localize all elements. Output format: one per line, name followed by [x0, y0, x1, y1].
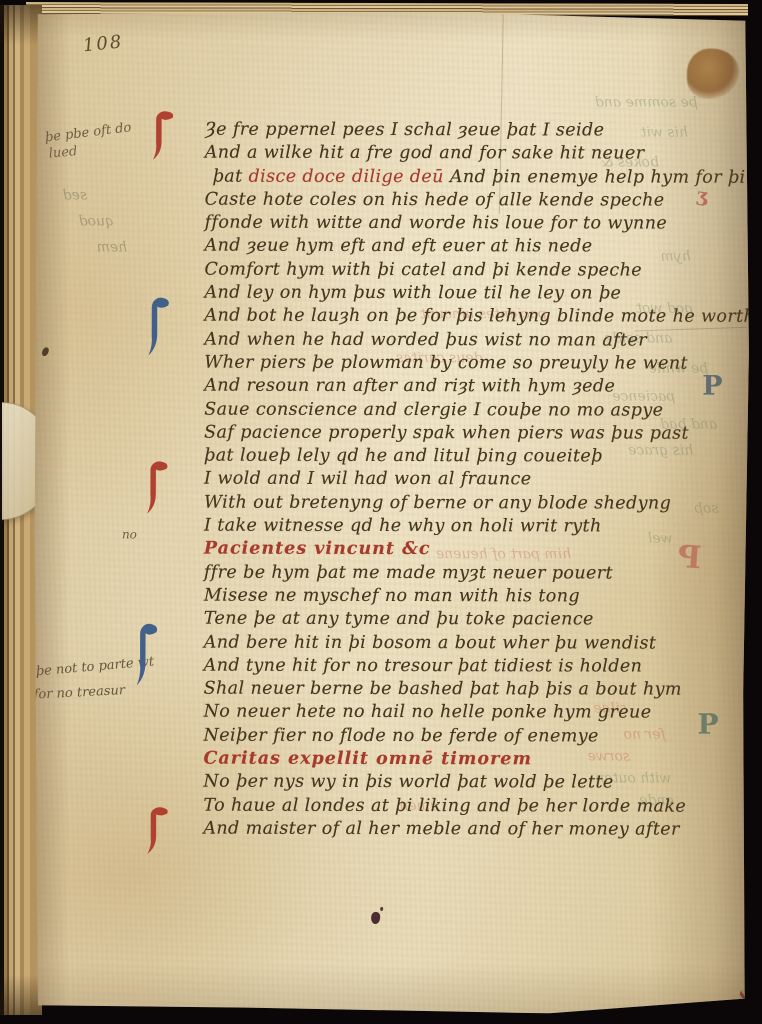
text-line: I wold and I wil had won al fraunce [204, 469, 762, 494]
text-line: Shal neuer berne be bashed þat haþ þis a… [204, 679, 762, 704]
text-line: Comfort hym with þi catel and þi kende s… [204, 259, 762, 284]
text-line: And maister of al her meble and of her m… [203, 819, 762, 844]
show-through-text: hem [97, 239, 128, 255]
show-through-text: þe somme and [595, 94, 698, 110]
show-through-text: quod [79, 213, 114, 229]
endband-stitching [738, 990, 757, 1014]
folio-number: 108 [82, 31, 124, 56]
paraph-mark: P [677, 542, 702, 575]
text-line: And bere hit in þi bosom a bout wher þu … [204, 632, 762, 657]
paraph-mark: P [698, 711, 719, 739]
inline-rubric-phrase: disce doce dilige deū [249, 166, 450, 186]
ink-speck [380, 907, 383, 911]
text-line: Neiþer fier no flode no be ferde of enem… [204, 725, 762, 750]
text-line: And ley on hym þus with loue til he ley … [204, 283, 762, 308]
text-line: Caste hote coles on his hede of alle ken… [205, 189, 762, 214]
text-line: And tyne hit for no tresour þat tidiest … [204, 655, 762, 680]
text-line: Saue conscience and clergie I couþe no m… [204, 399, 762, 424]
paraph-mark: P [702, 373, 722, 400]
marginal-note-top-line1: þe pbe oft do [44, 120, 132, 145]
text-block: Ȝe fre ppernel pees I schal ȝeue þat I s… [203, 120, 762, 843]
text-line: And ȝeue hym eft and eft euer at his ned… [205, 236, 762, 261]
ink-speck [371, 912, 380, 924]
marginal-note-no: no [122, 527, 137, 541]
text-line: Wher piers þe plowman by come so preuyly… [204, 353, 762, 378]
text-line: With out bretenyng of berne or any blode… [204, 492, 762, 517]
text-line: þat loueþ lely qd he and litul þing coue… [204, 446, 762, 471]
red-paraph-initial [146, 805, 170, 855]
text-line: And a wilke hit a fre god and for sake h… [205, 143, 762, 168]
text-line: No neuer hete no hail no helle ponke hym… [204, 702, 762, 727]
manuscript-photo: 108 þe pbe oft do lued no þe not to part… [0, 0, 762, 1024]
text-line: To haue al londes at þi liking and þe he… [203, 795, 762, 820]
text-line: No þer nys wy in þis world þat wold þe l… [203, 772, 762, 797]
red-paraph-initial [146, 459, 170, 515]
text-line: ffonde with witte and worde his loue for… [205, 213, 762, 238]
text-line: Misese ne myschef no man with his tong [204, 586, 762, 611]
show-through-text: sed [63, 187, 87, 203]
text-line: þat disce doce dilige deū And þin enemye… [205, 166, 762, 191]
stain-top-right [687, 49, 739, 99]
text-line: And when he had worded þus wist no man a… [204, 329, 762, 354]
red-paraph-initial [152, 109, 176, 161]
text-line: Saf pacience properly spak when piers wa… [204, 422, 762, 447]
text-line: Tene þe at any tyme and þu toke pacience [204, 609, 762, 634]
ink-speck [41, 347, 50, 358]
blue-paraph-initial [147, 295, 171, 357]
rubric-line: Caritas expellit omnē timorem [203, 749, 762, 774]
manuscript-page: 108 þe pbe oft do lued no þe not to part… [33, 9, 751, 1014]
text-segment: þat [213, 166, 249, 186]
text-segment: And þin enemye help hym for þi miȝt [450, 167, 762, 188]
text-line: And resoun ran after and riȝt with hym ȝ… [204, 376, 762, 401]
marginal-note-lower-line2: for no treasur [33, 683, 125, 703]
text-line: I take witnesse qd he why on holi writ r… [204, 516, 762, 541]
text-line: Ȝe fre ppernel pees I schal ȝeue þat I s… [205, 120, 762, 145]
marginal-note-top-line2: lued [48, 144, 78, 161]
blue-paraph-initial [136, 621, 160, 687]
text-line: And bot he lauȝh on þe for þis lehyng bl… [204, 306, 762, 331]
